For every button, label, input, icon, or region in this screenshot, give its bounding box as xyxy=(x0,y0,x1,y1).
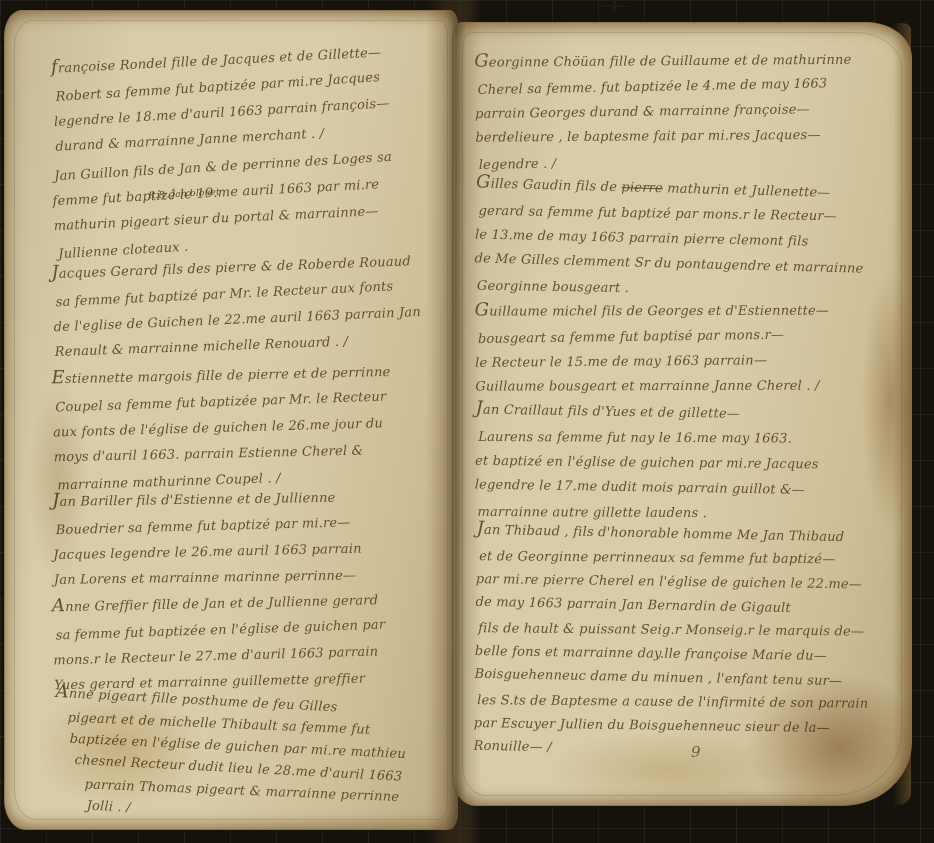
manuscript-line: fils de hault & puissant Seig.r Monseig.… xyxy=(478,617,906,645)
baptism-entry-gerard: Jacques Gerard fils des pierre & de Robe… xyxy=(51,245,451,367)
cross-mark: + xyxy=(599,0,631,15)
baptism-entry-thibaud: Jan Thibaud , fils d'honorable homme Me … xyxy=(473,518,904,766)
manuscript-line: Laurens sa femme fut nay le 16.me may 16… xyxy=(478,425,906,452)
right-page: Georginne Chöüan fille de Guillaume et d… xyxy=(452,22,912,806)
manuscript-photo: françoise Rondel fille de Jacques et de … xyxy=(0,0,934,843)
baptism-entry-rondel: françoise Rondel fille de Jacques et de … xyxy=(50,34,451,162)
baptism-entry-michel: Guillaume michel fils de Georges et d'Es… xyxy=(475,295,904,401)
baptism-entry-chouan: Georginne Chöüan fille de Guillaume et d… xyxy=(474,44,904,177)
line-segment: mathurin et Jullenette— xyxy=(667,181,831,200)
manuscript-line: les S.ts de Baptesme a cause de l'infirm… xyxy=(477,689,905,717)
manuscript-line: et de Georginne perrinneaux sa femme fut… xyxy=(479,545,907,573)
baptism-entry-craillaut: Jan Craillaut fils d'Yues et de gillette… xyxy=(474,397,903,528)
baptism-entry-gaudin: Gilles Gaudin fils de pierre mathurin et… xyxy=(474,171,905,307)
left-page: françoise Rondel fille de Jacques et de … xyxy=(4,10,458,830)
struck-word: pierre xyxy=(621,180,663,196)
page-number: 9 xyxy=(691,743,701,761)
baptism-entry-pigeart: Anne pigeart fille posthume de feu Gille… xyxy=(50,682,452,834)
line-segment: Gilles Gaudin fils de xyxy=(476,176,617,195)
baptism-entry-margois: Estiennette margois fille de pierre et d… xyxy=(51,355,451,498)
manuscript-line: Guillaume michel fils de Georges et d'Es… xyxy=(475,296,903,324)
baptism-entry-bariller: Jan Bariller fils d'Estienne et de Julli… xyxy=(52,481,450,595)
manuscript-line: le Recteur le 15.me de may 1663 parrain— xyxy=(475,347,903,376)
